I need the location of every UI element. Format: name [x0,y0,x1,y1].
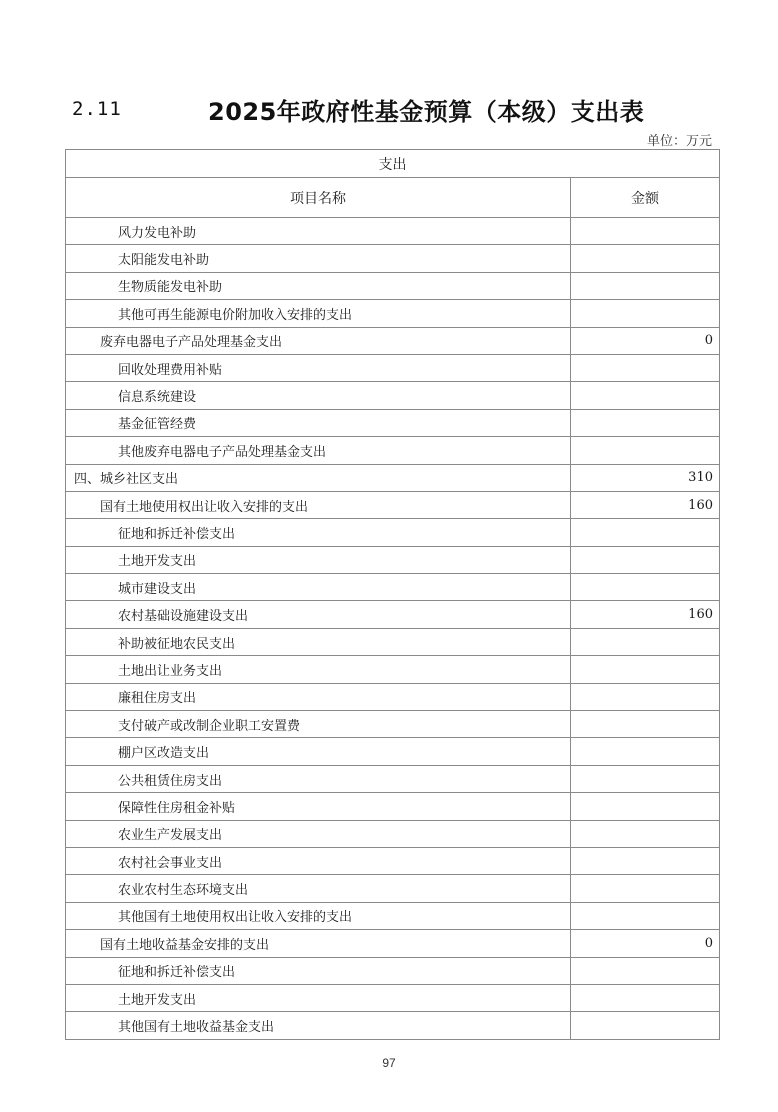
item-name-cell: 征地和拆迁补偿支出 [66,519,571,546]
item-name-cell: 回收处理费用补贴 [66,354,571,381]
item-name-cell: 城市建设支出 [66,574,571,601]
amount-cell [571,765,720,792]
amount-cell [571,519,720,546]
amount-cell: 160 [571,601,720,628]
group-header-expenditure: 支出 [66,150,720,178]
table-row: 其他可再生能源电价附加收入安排的支出 [66,300,720,327]
amount-cell [571,272,720,299]
expenditure-table: 支出 项目名称 金额 风力发电补助太阳能发电补助生物质能发电补助其他可再生能源电… [65,149,720,1040]
section-number: 2.11 [72,98,122,120]
table-row: 征地和拆迁补偿支出 [66,957,720,984]
table-group-header-row: 支出 [66,150,720,178]
page-title: 2025年政府性基金预算（本级）支出表 [208,92,644,127]
column-header-item-name: 项目名称 [66,178,571,218]
amount-cell [571,738,720,765]
table-row: 其他国有土地使用权出让收入安排的支出 [66,902,720,929]
table-row: 生物质能发电补助 [66,272,720,299]
amount-cell [571,628,720,655]
table-row: 农业农村生态环境支出 [66,875,720,902]
amount-cell [571,382,720,409]
item-name-cell: 其他国有土地使用权出让收入安排的支出 [66,902,571,929]
item-name-cell: 基金征管经费 [66,409,571,436]
amount-cell [571,656,720,683]
item-name-cell: 保障性住房租金补贴 [66,793,571,820]
table-row: 废弃电器电子产品处理基金支出0 [66,327,720,354]
table-row: 农业生产发展支出 [66,820,720,847]
table-row: 征地和拆迁补偿支出 [66,519,720,546]
table-row: 补助被征地农民支出 [66,628,720,655]
item-name-cell: 风力发电补助 [66,218,571,245]
table-row: 太阳能发电补助 [66,245,720,272]
table-row: 国有土地收益基金安排的支出0 [66,930,720,957]
document-header: 2.11 2025年政府性基金预算（本级）支出表 [0,90,778,130]
table-row: 信息系统建设 [66,382,720,409]
amount-cell [571,245,720,272]
amount-cell [571,793,720,820]
item-name-cell: 信息系统建设 [66,382,571,409]
amount-cell [571,409,720,436]
table-row: 回收处理费用补贴 [66,354,720,381]
amount-cell [571,437,720,464]
amount-cell [571,1012,720,1039]
amount-cell [571,847,720,874]
table-row: 农村基础设施建设支出160 [66,601,720,628]
item-name-cell: 四、城乡社区支出 [66,464,571,491]
amount-cell [571,546,720,573]
amount-cell [571,957,720,984]
amount-cell [571,711,720,738]
table-row: 农村社会事业支出 [66,847,720,874]
item-name-cell: 公共租赁住房支出 [66,765,571,792]
amount-cell [571,354,720,381]
item-name-cell: 生物质能发电补助 [66,272,571,299]
item-name-cell: 太阳能发电补助 [66,245,571,272]
amount-cell [571,218,720,245]
item-name-cell: 土地开发支出 [66,984,571,1011]
amount-cell: 0 [571,930,720,957]
item-name-cell: 其他国有土地收益基金支出 [66,1012,571,1039]
table-row: 土地开发支出 [66,984,720,1011]
item-name-cell: 国有土地收益基金安排的支出 [66,930,571,957]
table-row: 四、城乡社区支出310 [66,464,720,491]
item-name-cell: 国有土地使用权出让收入安排的支出 [66,491,571,518]
item-name-cell: 补助被征地农民支出 [66,628,571,655]
amount-cell [571,683,720,710]
amount-cell [571,300,720,327]
amount-cell: 310 [571,464,720,491]
item-name-cell: 棚户区改造支出 [66,738,571,765]
item-name-cell: 土地开发支出 [66,546,571,573]
amount-cell [571,984,720,1011]
unit-label: 单位：万元 [647,130,712,149]
table-row: 其他废弃电器电子产品处理基金支出 [66,437,720,464]
expenditure-table-container: 支出 项目名称 金额 风力发电补助太阳能发电补助生物质能发电补助其他可再生能源电… [65,149,719,1040]
amount-cell [571,902,720,929]
item-name-cell: 其他废弃电器电子产品处理基金支出 [66,437,571,464]
item-name-cell: 农业农村生态环境支出 [66,875,571,902]
table-row: 国有土地使用权出让收入安排的支出160 [66,491,720,518]
item-name-cell: 农业生产发展支出 [66,820,571,847]
item-name-cell: 支付破产或改制企业职工安置费 [66,711,571,738]
table-row: 棚户区改造支出 [66,738,720,765]
item-name-cell: 农村基础设施建设支出 [66,601,571,628]
item-name-cell: 土地出让业务支出 [66,656,571,683]
table-row: 风力发电补助 [66,218,720,245]
table-row: 廉租住房支出 [66,683,720,710]
table-row: 土地开发支出 [66,546,720,573]
amount-cell: 0 [571,327,720,354]
table-row: 城市建设支出 [66,574,720,601]
amount-cell [571,574,720,601]
item-name-cell: 廉租住房支出 [66,683,571,710]
table-row: 基金征管经费 [66,409,720,436]
item-name-cell: 农村社会事业支出 [66,847,571,874]
table-body: 风力发电补助太阳能发电补助生物质能发电补助其他可再生能源电价附加收入安排的支出废… [66,218,720,1040]
item-name-cell: 废弃电器电子产品处理基金支出 [66,327,571,354]
amount-cell [571,875,720,902]
table-column-header-row: 项目名称 金额 [66,178,720,218]
page-number: 97 [0,1056,778,1070]
amount-cell: 160 [571,491,720,518]
item-name-cell: 其他可再生能源电价附加收入安排的支出 [66,300,571,327]
amount-cell [571,820,720,847]
table-row: 保障性住房租金补贴 [66,793,720,820]
table-row: 公共租赁住房支出 [66,765,720,792]
table-row: 土地出让业务支出 [66,656,720,683]
item-name-cell: 征地和拆迁补偿支出 [66,957,571,984]
table-row: 其他国有土地收益基金支出 [66,1012,720,1039]
table-row: 支付破产或改制企业职工安置费 [66,711,720,738]
column-header-amount: 金额 [571,178,720,218]
